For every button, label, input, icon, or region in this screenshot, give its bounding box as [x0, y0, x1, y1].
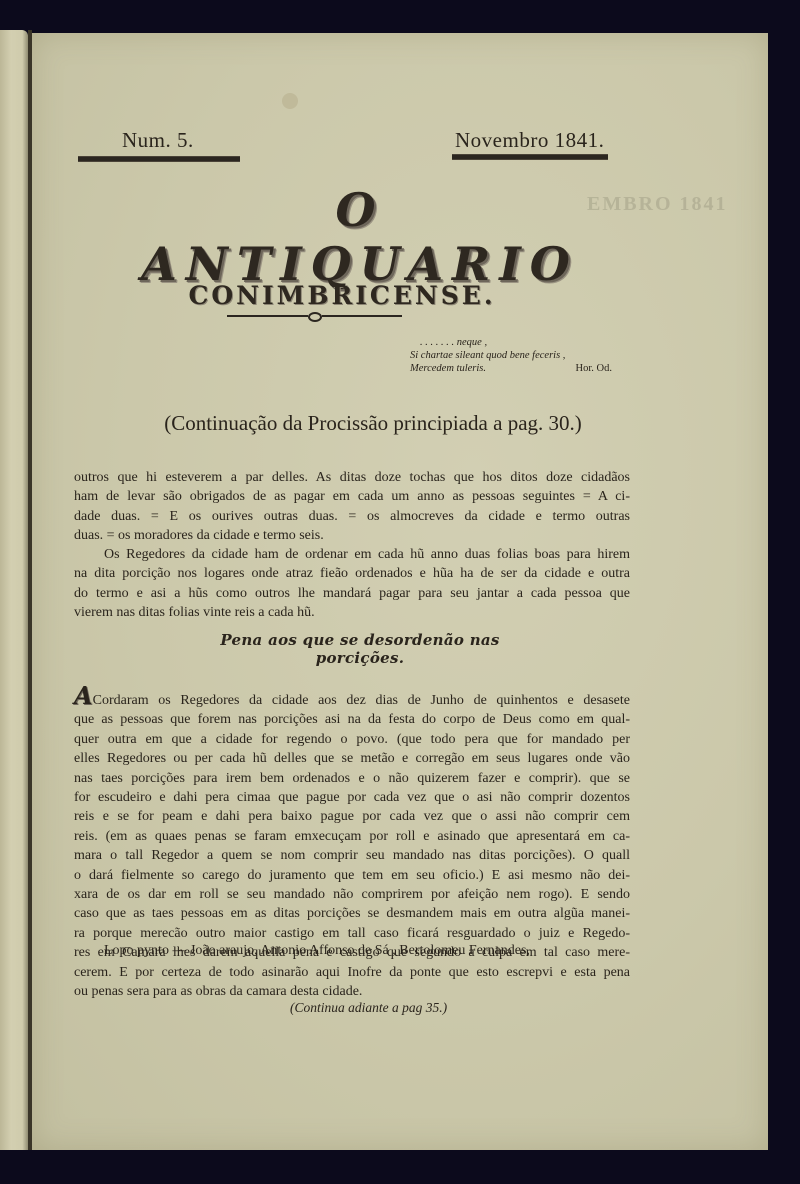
epigraph-line: . . . . . . . neque , [410, 336, 640, 349]
text-line: dade duas. = E os ourives outras duas. =… [74, 507, 630, 526]
ornamental-rule [227, 311, 402, 321]
continued-note: (Continua adiante a pag 35.) [290, 1000, 447, 1016]
signatures: Lopo pynto — João araujo, Antonio Affons… [104, 943, 530, 959]
text-line: caso que as taes pessoas em as ditas por… [74, 904, 630, 923]
text-line: ham de levar são obrigados de as pagar e… [74, 487, 630, 506]
text-line: mara o tall Regedor a quem se nom compri… [74, 846, 630, 865]
text-line: outros que hi esteverem a par delles. As… [74, 468, 630, 487]
text-line: reis e se for peam e dahi pera baixo pag… [74, 807, 630, 826]
text-line: Os Regedores da cidade ham de ordenar em… [74, 545, 630, 564]
text-line: do termo e asi a hũs como outros lhe man… [74, 584, 630, 603]
text-line: duas. = os moradores da cidade e termo s… [74, 526, 630, 545]
text-line: que as pessoas que forem nas porcições a… [74, 710, 630, 729]
issue-date: Novembro 1841. [455, 128, 604, 153]
text-line: vierem nas ditas folias vinte reis a cad… [74, 603, 630, 622]
text-line: quer outra em que a cidade for regendo o… [74, 730, 630, 749]
text-line: reis. (em as quaes penas se faram emxecu… [74, 827, 630, 846]
section-title: (Continuação da Procissão principiada a … [108, 411, 638, 436]
text-line: elles Regedores ou per cada hũ delles qu… [74, 749, 630, 768]
epigraph-line: Si chartae sileant quod bene feceris , [410, 349, 640, 362]
text-line: ou penas sera para as obras da camara de… [74, 982, 630, 1001]
epigraph-line: Mercedem tuleris. Hor. Od. [410, 362, 640, 375]
text-line: o dará fielmente so carego do juramento … [74, 866, 630, 885]
header-rule-right [452, 154, 608, 160]
paragraph-1: outros que hi esteverem a par delles. As… [74, 468, 630, 546]
epigraph-attribution: Hor. Od. [576, 362, 612, 375]
facing-page-edge [0, 30, 28, 1150]
text-line: xara de os dar em roll se seu mandado nã… [74, 885, 630, 904]
masthead-subtitle: CONIMBRICENSE. [172, 281, 512, 310]
epigraph: . . . . . . . neque , Si chartae sileant… [410, 336, 640, 375]
text-line: ra porque merecão outro maior castigo em… [74, 924, 630, 943]
paper-stain [282, 93, 298, 109]
issue-number: Num. 5. [122, 128, 194, 153]
drop-cap: A [74, 681, 93, 710]
text-line: for escudeiro e dahi pera cimaa que pagu… [74, 788, 630, 807]
text-line: ACordaram os Regedores da cidade aos dez… [74, 689, 630, 710]
text-line: na dita porcição nos logares onde atraz … [74, 564, 630, 583]
masthead-title: O ANTIQUARIO [110, 183, 610, 291]
subheading: Pena aos que se desordenão nas porcições… [200, 631, 520, 667]
text-line: cerem. E por certeza de todo asinarão aq… [74, 963, 630, 982]
newspaper-page: EMBRO 1841 Num. 5. Novembro 1841. O ANTI… [32, 33, 768, 1150]
text-line: nas taes porcições para irem bem ordenad… [74, 769, 630, 788]
header-rule-left [78, 156, 240, 162]
paragraph-2: Os Regedores da cidade ham de ordenar em… [74, 545, 630, 623]
